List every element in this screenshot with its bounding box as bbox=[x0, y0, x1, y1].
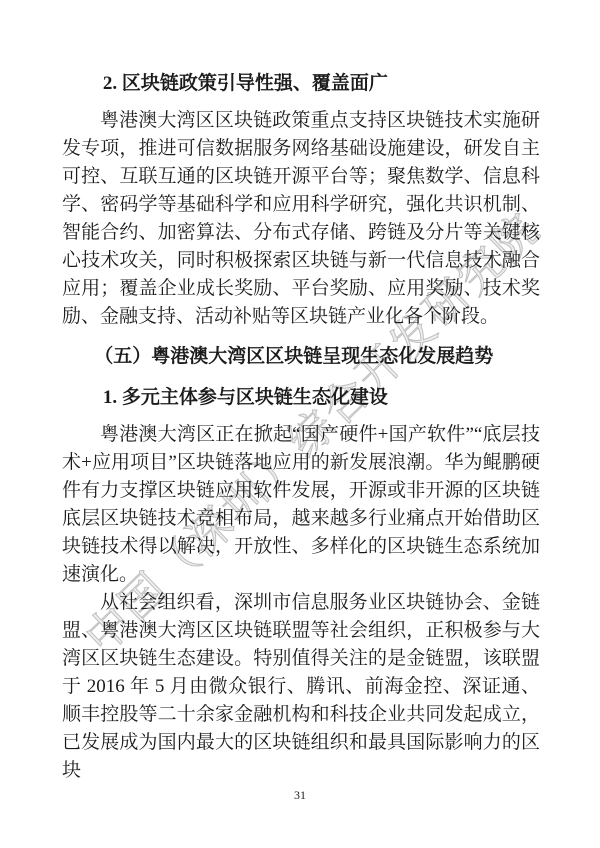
heading-sub-one-multi-actors: 1. 多元主体参与区块链生态化建设 bbox=[62, 384, 540, 412]
heading-section-five-ecosystem-trend: （五）粤港澳大湾区区块链呈现生态化发展趋势 bbox=[62, 343, 540, 371]
heading-policy-guidance: 2. 区块链政策引导性强、覆盖面广 bbox=[62, 70, 540, 98]
paragraph-social-organizations: 从社会组织看，深圳市信息服务业区块链协会、金链盟、粤港澳大湾区区块链联盟等社会组… bbox=[62, 589, 540, 785]
document-body: 2. 区块链政策引导性强、覆盖面广 粤港澳大湾区区块链政策重点支持区块链技术实施… bbox=[62, 70, 540, 785]
document-page: 中国（深圳）综合开发研究院 2. 区块链政策引导性强、覆盖面广 粤港澳大湾区区块… bbox=[0, 0, 600, 848]
paragraph-policy-support: 粤港澳大湾区区块链政策重点支持区块链技术实施研发专项，推进可信数据服务网络基础设… bbox=[62, 107, 540, 331]
paragraph-ecosystem-wave: 粤港澳大湾区正在掀起“国产硬件+国产软件”“底层技术+应用项目”区块链落地应用的… bbox=[62, 421, 540, 589]
page-number: 31 bbox=[0, 788, 600, 803]
